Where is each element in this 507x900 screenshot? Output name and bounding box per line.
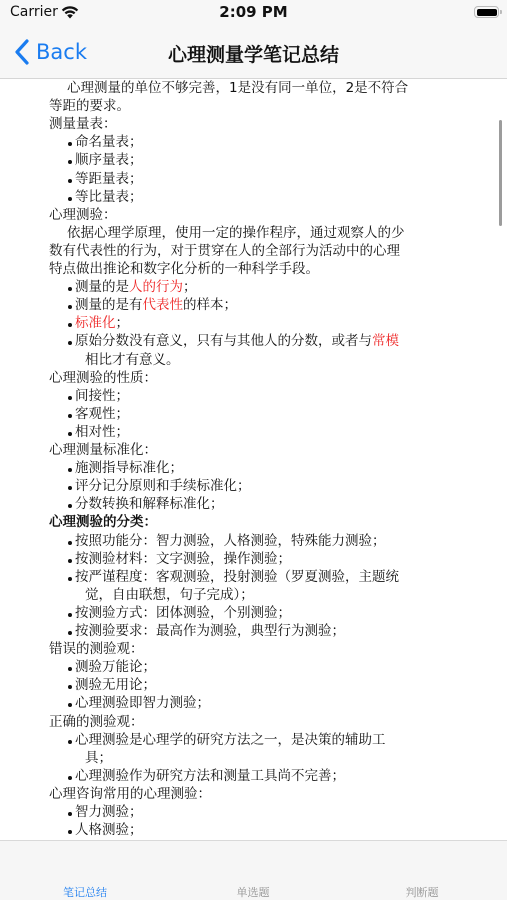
- bullet-icon: [68, 160, 72, 164]
- bullet-item: 间接性；: [75, 387, 129, 405]
- bullet-icon: [68, 197, 72, 201]
- text-line: 特点做出推论和数字化分析的一种科学手段。: [49, 260, 319, 278]
- scrollbar[interactable]: [499, 120, 502, 226]
- bullet-item: 原始分数没有意义，只有与其他人的分数，或者与常模: [75, 332, 399, 350]
- bullet-continuation: 觉，自由联想，句子完成）；: [85, 586, 254, 604]
- section-heading: 心理测验的分类：: [49, 513, 157, 531]
- bullet-icon: [68, 559, 72, 563]
- text-line: 依据心理学原理，使用一定的操作程序，通过观察人的少: [67, 224, 405, 242]
- text-segment: ；: [183, 279, 197, 295]
- bullet-item: 智力测验；: [75, 803, 143, 821]
- bullet-icon: [68, 468, 72, 472]
- highlight-text: 代表性: [143, 297, 184, 313]
- bullet-icon: [68, 776, 72, 780]
- bullet-icon: [68, 486, 72, 490]
- bullet-item: 顺序量表；: [75, 151, 143, 169]
- text-line: 心理测量标准化：: [49, 441, 157, 459]
- bullet-icon: [68, 142, 72, 146]
- text-line: 心理测验：: [49, 206, 117, 224]
- bullet-item: 分数转换和解释标准化；: [75, 495, 224, 513]
- bullet-icon: [68, 414, 72, 418]
- bullet-continuation: 具；: [85, 749, 112, 767]
- highlight-text: 常模: [372, 333, 399, 349]
- text-line: 心理咨询常用的心理测验：: [49, 785, 211, 803]
- navigation-bar: Back 心理测量学笔记总结: [0, 26, 507, 79]
- bullet-icon: [68, 541, 72, 545]
- bullet-icon: [68, 396, 72, 400]
- bullet-continuation: 相比才有意义。: [85, 351, 180, 369]
- bullet-icon: [68, 305, 72, 309]
- bullet-item: 标准化；: [75, 314, 129, 332]
- tab-single-choice[interactable]: 单选题: [193, 884, 313, 900]
- text-line: 心理测验的性质：: [49, 369, 157, 387]
- bullet-item: 客观性；: [75, 405, 129, 423]
- tab-notes-summary[interactable]: 笔记总结: [25, 884, 145, 900]
- bullet-item: 评分记分原则和手续标准化；: [75, 477, 251, 495]
- bullet-item: 测量的是人的行为；: [75, 278, 197, 296]
- bullet-item: 测量的是有代表性的样本；: [75, 296, 237, 314]
- status-time: 2:09 PM: [0, 3, 507, 21]
- text-line: 错误的测验观：: [49, 640, 144, 658]
- bullet-icon: [68, 613, 72, 617]
- bullet-icon: [68, 685, 72, 689]
- bullet-icon: [68, 830, 72, 834]
- bullet-item: 按测验材料：文字测验，操作测验；: [75, 550, 291, 568]
- bullet-item: 按测验方式：团体测验，个别测验；: [75, 604, 291, 622]
- notes-content[interactable]: 心理测量的单位不够完善，1是没有同一单位，2是不符合等距的要求。测量量表：命名量…: [0, 79, 507, 840]
- battery-icon: [474, 6, 499, 18]
- bullet-icon: [68, 631, 72, 635]
- text-line: 心理测量的单位不够完善，1是没有同一单位，2是不符合: [67, 79, 408, 97]
- text-line: 数有代表性的行为，对于贯穿在人的全部行为活动中的心理: [49, 242, 400, 260]
- bullet-item: 按测验要求：最高作为测验，典型行为测验；: [75, 622, 345, 640]
- text-segment: 测量的是: [75, 279, 129, 295]
- bullet-item: 测验无用论；: [75, 676, 156, 694]
- bullet-icon: [68, 667, 72, 671]
- bullet-item: 施测指导标准化；: [75, 459, 183, 477]
- page-title: 心理测量学笔记总结: [0, 40, 507, 67]
- bullet-item: 心理测验是心理学的研究方法之一，是决策的辅助工: [75, 731, 386, 749]
- bullet-icon: [68, 577, 72, 581]
- bullet-item: 按照功能分：智力测验，人格测验，特殊能力测验；: [75, 532, 386, 550]
- bullet-icon: [68, 740, 72, 744]
- screen: Carrier 2:09 PM Back 心理测量学笔记总结 心理测量的单位不够…: [0, 0, 507, 900]
- highlight-text: 标准化: [75, 315, 116, 331]
- text-segment: ；: [116, 315, 130, 331]
- bullet-item: 测验万能论；: [75, 658, 156, 676]
- text-line: 等距的要求。: [49, 97, 130, 115]
- tab-true-false[interactable]: 判断题: [362, 884, 482, 900]
- bullet-icon: [68, 432, 72, 436]
- bullet-item: 等比量表；: [75, 188, 143, 206]
- bullet-item: 人格测验；: [75, 821, 143, 839]
- bullet-item: 相对性；: [75, 423, 129, 441]
- text-segment: 原始分数没有意义，只有与其他人的分数，或者与: [75, 333, 372, 349]
- bullet-item: 心理测验即智力测验；: [75, 694, 210, 712]
- text-line: 测量量表：: [49, 115, 117, 133]
- bullet-item: 等距量表；: [75, 170, 143, 188]
- status-bar: Carrier 2:09 PM: [0, 0, 507, 26]
- bullet-item: 命名量表；: [75, 133, 143, 151]
- bullet-icon: [68, 812, 72, 816]
- bullet-icon: [68, 323, 72, 327]
- bullet-item: 心理测验作为研究方法和测量工具尚不完善；: [75, 767, 345, 785]
- bullet-icon: [68, 179, 72, 183]
- bullet-icon: [68, 504, 72, 508]
- highlight-text: 人的行为: [129, 279, 183, 295]
- bullet-icon: [68, 287, 72, 291]
- bullet-icon: [68, 341, 72, 345]
- text-segment: 测量的是有: [75, 297, 143, 313]
- tab-bar: 笔记总结 单选题 判断题: [0, 840, 507, 900]
- battery-tip: [500, 10, 502, 14]
- bullet-icon: [68, 703, 72, 707]
- text-segment: 的样本；: [183, 297, 237, 313]
- text-line: 正确的测验观：: [49, 713, 144, 731]
- bullet-item: 按严谨程度：客观测验，投射测验（罗夏测验，主题统: [75, 568, 399, 586]
